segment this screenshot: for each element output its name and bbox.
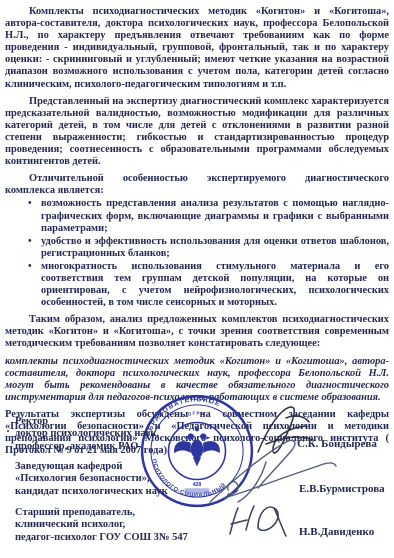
signatory-title-line: профессор, академик РАО xyxy=(15,441,159,453)
paragraph-features-intro: Отличительной особенностью экспертируемо… xyxy=(5,173,389,197)
signature-davidenko-ink xyxy=(230,506,286,536)
double-headed-eagle-icon xyxy=(174,427,220,466)
paragraph-complects: Комплекты психодиагностических методик «… xyxy=(5,6,389,91)
signatory-title-line: педагог-психолог ГОУ СОШ 3№ 547 xyxy=(15,532,188,544)
signatory-name: С.К. Бондырева xyxy=(297,438,377,450)
signatory-name: Н.В.Давиденко xyxy=(299,526,374,538)
signatory-title-line: клинический психолог, xyxy=(15,519,188,531)
stamp-bottom-number: 428 xyxy=(193,482,202,488)
signatory-title-line: «Психология безопасности», xyxy=(15,473,168,485)
bullet-item: возможность представления анализа резуль… xyxy=(41,198,389,234)
paragraph-conclusion-intro: Таким образом, анализ предложенных компл… xyxy=(5,314,389,350)
ink-dot xyxy=(7,430,9,432)
signatory-title-line: Старший преподаватель, xyxy=(15,507,188,519)
signatory-name: Е.В.Бурмистрова xyxy=(299,483,385,495)
expert-review-document: Комплекты психодиагностических методик «… xyxy=(0,0,394,558)
signatory-title-line: кандидат психологических наук xyxy=(15,486,168,498)
signatory-title-head-of-chair: Заведующая кафедрой «Психология безопасн… xyxy=(15,461,168,498)
signatory-title-line: доктор психологических наук, xyxy=(15,428,159,440)
stamp-ogrn-text: ОГРН xyxy=(187,411,205,418)
features-list: возможность представления анализа резуль… xyxy=(5,198,389,309)
signature-section: ОБРАЗОВАТЕЛЬНОЕ ПСИХОЛОГО-СОЦИАЛЬНЫЙ ОГР… xyxy=(0,404,394,558)
signatory-title-line: Ректор xyxy=(15,416,159,428)
stamp-bottom-band xyxy=(185,488,210,494)
bullet-item: удобство и эффективность использования д… xyxy=(41,236,389,260)
svg-text:ОГРН: ОГРН xyxy=(187,411,205,418)
bullet-item: многократность использования стимульного… xyxy=(41,261,389,309)
paragraph-presented: Представленный на экспертизу диагностиче… xyxy=(5,96,389,169)
signatory-title-senior-lecturer: Старший преподаватель, клинический психо… xyxy=(15,507,188,544)
signatory-title-rector: Ректор доктор психологических наук, проф… xyxy=(15,416,159,453)
signatory-title-line: Заведующая кафедрой xyxy=(15,461,168,473)
